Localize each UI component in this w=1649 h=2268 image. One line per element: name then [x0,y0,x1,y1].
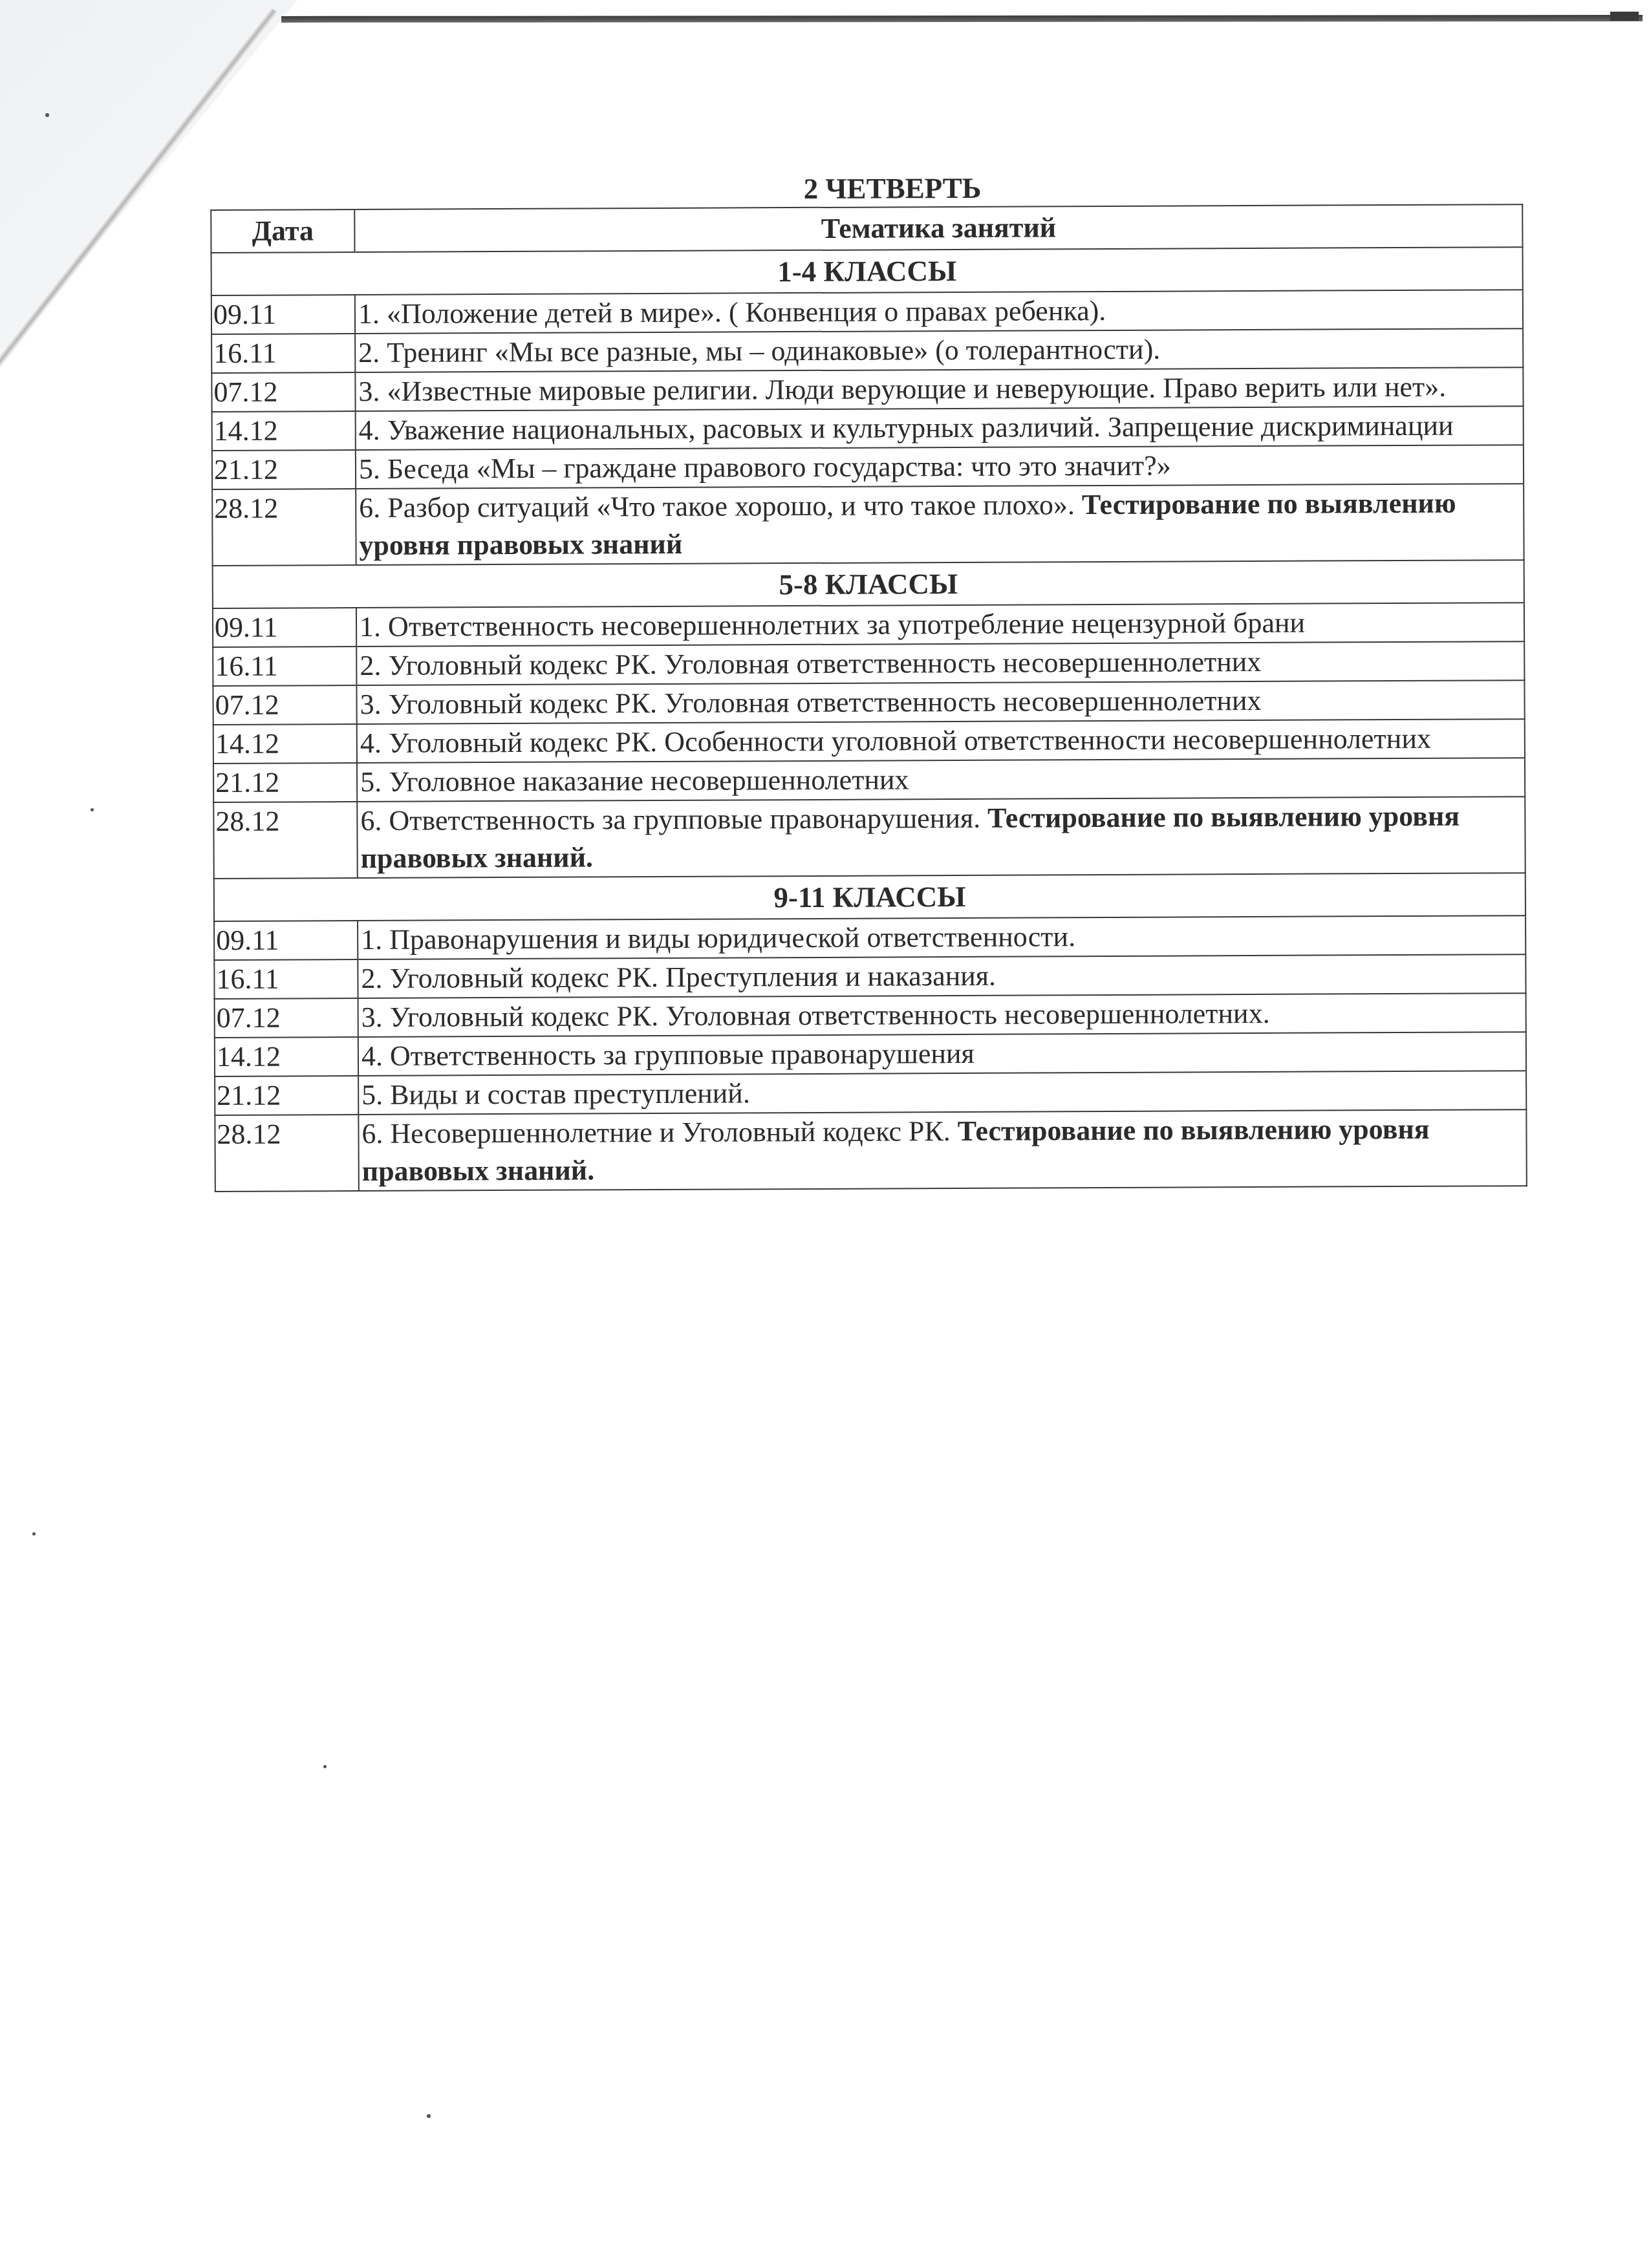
table-row: 07.123. Уголовный кодекс РК. Уголовная о… [215,993,1526,1038]
topic-text: 5. Виды и состав преступлений. [361,1077,750,1111]
header-date: Дата [211,209,354,253]
topic-cell: 3. Уголовный кодекс РК. Уголовная ответс… [358,993,1526,1037]
topic-text: 5. Беседа «Мы – граждане правового госуд… [359,450,1171,485]
scan-speck [427,2114,431,2118]
date-cell: 28.12 [215,1115,359,1192]
topic-cell: 2. Тренинг «Мы все разные, мы – одинаков… [355,328,1523,372]
scan-speck [91,808,94,811]
table-row: 14.124. Уголовный кодекс РК. Особенности… [213,719,1525,764]
section-row: 1-4 КЛАССЫ [211,247,1523,295]
date-cell: 16.11 [211,334,355,373]
topic-text: 4. Ответственность за групповые правонар… [361,1038,975,1072]
table-row: 07.123. «Известные мировые религии. Люди… [211,367,1523,412]
topic-cell: 1. Правонарушения и виды юридической отв… [358,915,1525,959]
section-heading: 5-8 КЛАССЫ [213,560,1524,608]
date-cell: 21.12 [212,450,356,489]
topic-cell: 5. Виды и состав преступлений. [358,1071,1526,1115]
topic-text: 6. Ответственность за групповые правонар… [360,802,987,837]
date-cell: 14.12 [212,411,356,451]
topic-text: 2. Уголовный кодекс РК. Уголовная ответс… [360,646,1261,681]
schedule-table: Дата Тематика занятий 1-4 КЛАССЫ09.111. … [210,204,1527,1192]
topic-text: 5. Уголовное наказание несовершеннолетни… [360,764,909,798]
scan-speck [32,1532,36,1535]
section-row: 5-8 КЛАССЫ [213,560,1524,608]
table-row: 21.125. Беседа «Мы – граждане правового … [212,445,1524,489]
table-row: 14.124. Ответственность за групповые пра… [215,1032,1526,1076]
topic-text: 3. «Известные мировые религии. Люди веру… [358,371,1446,407]
date-cell: 21.12 [215,1076,358,1115]
topic-cell: 3. «Известные мировые религии. Люди веру… [355,367,1523,411]
date-cell: 21.12 [213,763,357,802]
date-cell: 14.12 [215,1037,358,1076]
date-cell: 07.12 [215,998,358,1038]
date-cell: 09.11 [211,295,355,334]
table-row: 09.111. Ответственность несовершеннолетн… [213,603,1524,647]
table-row: 28.126. Разбор ситуаций «Что такое хорош… [212,484,1524,566]
scan-speck [323,1765,327,1768]
topic-cell: 5. Беседа «Мы – граждане правового госуд… [356,445,1524,489]
date-cell: 07.12 [211,372,355,412]
topic-cell: 1. «Положение детей в мире». ( Конвенция… [355,290,1523,334]
scan-speck [45,113,49,117]
topic-text: 4. Уголовный кодекс РК. Особенности угол… [360,723,1431,759]
topic-text: 6. Разбор ситуаций «Что такое хорошо, и … [359,489,1082,524]
table-row: 07.123. Уголовный кодекс РК. Уголовная о… [213,680,1524,725]
table-row: 09.111. Правонарушения и виды юридическо… [214,915,1525,960]
topic-cell: 5. Уголовное наказание несовершеннолетни… [357,758,1525,802]
table-row: 14.124. Уважение национальных, расовых и… [212,406,1524,451]
topic-cell: 2. Уголовный кодекс РК. Преступления и н… [358,954,1525,998]
topic-cell: 6. Ответственность за групповые правонар… [357,797,1525,878]
date-cell: 09.11 [213,608,356,647]
section-heading: 1-4 КЛАССЫ [211,247,1523,295]
topic-cell: 4. Ответственность за групповые правонар… [358,1032,1526,1076]
topic-cell: 2. Уголовный кодекс РК. Уголовная ответс… [356,641,1524,685]
topic-cell: 6. Несовершеннолетние и Уголовный кодекс… [358,1109,1526,1191]
date-cell: 28.12 [213,802,358,879]
topic-cell: 4. Уголовный кодекс РК. Особенности угол… [357,719,1525,763]
date-cell: 09.11 [214,921,358,960]
topic-text: 2. Тренинг «Мы все разные, мы – одинаков… [358,334,1160,369]
page-title: 2 ЧЕТВЕРТЬ [210,169,1575,208]
table-row: 16.112. Уголовный кодекс РК. Уголовная о… [213,641,1524,686]
date-cell: 16.11 [214,959,358,999]
date-cell: 16.11 [213,647,356,686]
table-header-row: Дата Тематика занятий [211,204,1522,253]
table-row: 16.112. Тренинг «Мы все разные, мы – оди… [211,328,1523,373]
topic-text: 1. Ответственность несовершеннолетних за… [360,607,1305,643]
table-row: 28.126. Несовершеннолетние и Уголовный к… [215,1109,1526,1192]
table-row: 09.111. «Положение детей в мире». ( Конв… [211,290,1523,334]
table-row: 28.126. Ответственность за групповые пра… [213,797,1525,879]
section-row: 9-11 КЛАССЫ [214,873,1525,921]
topic-cell: 1. Ответственность несовершеннолетних за… [356,603,1524,647]
topic-cell: 3. Уголовный кодекс РК. Уголовная ответс… [356,680,1524,724]
table-body: 1-4 КЛАССЫ09.111. «Положение детей в мир… [211,247,1527,1192]
document-page: 2 ЧЕТВЕРТЬ Дата Тематика занятий 1-4 КЛА… [210,169,1579,1192]
topic-text: 6. Несовершеннолетние и Уголовный кодекс… [361,1115,957,1150]
section-heading: 9-11 КЛАССЫ [214,873,1525,921]
topic-text: 1. «Положение детей в мире». ( Конвенция… [358,295,1106,330]
topic-text: 4. Уважение национальных, расовых и куль… [359,410,1454,446]
topic-text: 3. Уголовный кодекс РК. Уголовная ответс… [361,998,1270,1033]
date-cell: 07.12 [213,685,356,725]
table-row: 21.125. Виды и состав преступлений. [215,1071,1526,1115]
header-topic: Тематика занятий [354,204,1522,252]
table-row: 21.125. Уголовное наказание несовершенно… [213,758,1525,802]
date-cell: 28.12 [212,489,356,566]
topic-cell: 4. Уважение национальных, расовых и куль… [356,406,1524,450]
scan-edge-mark [1610,12,1639,21]
topic-text: 1. Правонарушения и виды юридической отв… [361,921,1075,956]
topic-text: 2. Уголовный кодекс РК. Преступления и н… [361,960,996,994]
scan-top-edge [281,15,1643,23]
date-cell: 14.12 [213,724,357,764]
topic-text: 3. Уголовный кодекс РК. Уголовная ответс… [360,685,1261,720]
topic-cell: 6. Разбор ситуаций «Что такое хорошо, и … [356,484,1524,565]
table-row: 16.112. Уголовный кодекс РК. Преступлени… [214,954,1525,999]
